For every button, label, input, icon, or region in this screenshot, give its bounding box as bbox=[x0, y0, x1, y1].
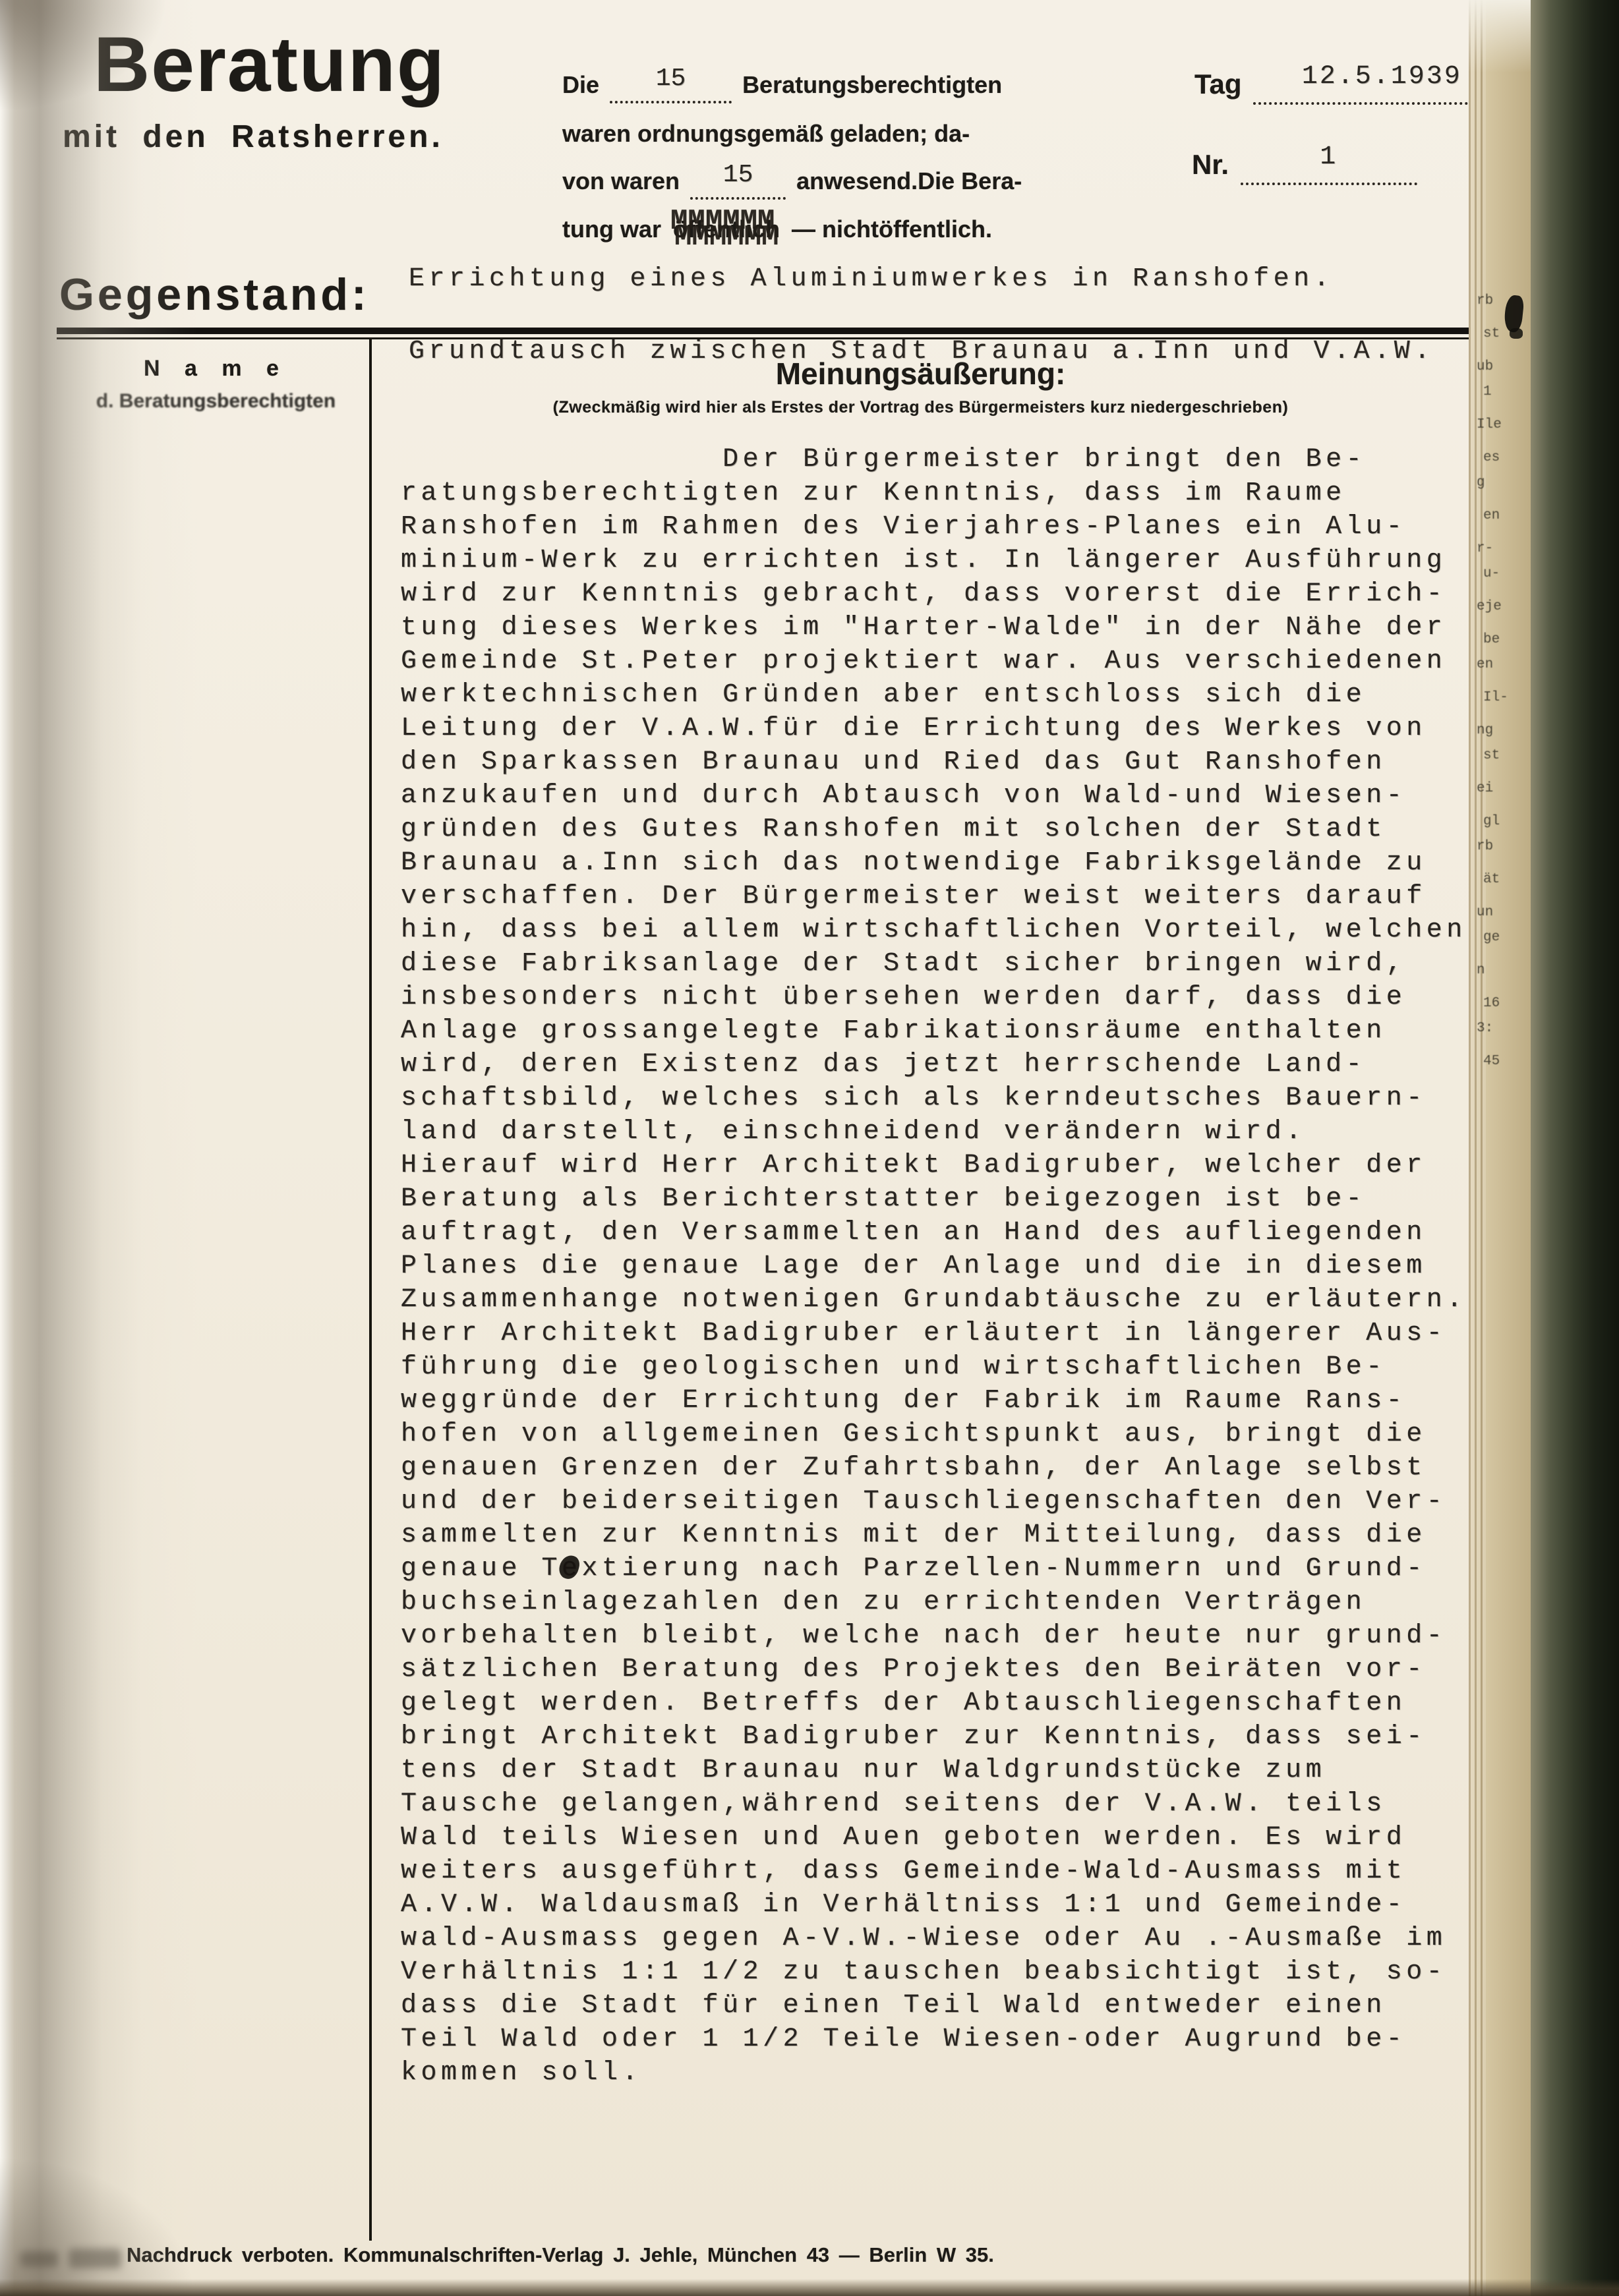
number-value: 1 bbox=[1241, 142, 1417, 172]
binding-shadow-right bbox=[1531, 0, 1619, 2296]
edge-text-fragment: 3: bbox=[1477, 1021, 1493, 1036]
attendance-line1-pre: Die bbox=[562, 71, 599, 98]
edge-text-fragment: 16 bbox=[1483, 996, 1500, 1011]
attendance-line-4: tung war öffentlich MMMMMM MMMMMM — nich… bbox=[562, 215, 992, 243]
attendance-line3-post: anwesend.Die Bera- bbox=[796, 167, 1022, 194]
subject-typed: Errichtung eines Aluminiumwerkes in Rans… bbox=[409, 261, 1434, 370]
edge-text-fragment: 1 bbox=[1483, 384, 1492, 399]
attendance-line-1: Die 15 Beratungsberechtigten bbox=[562, 71, 1002, 103]
edge-text-fragment: en bbox=[1483, 508, 1500, 523]
edge-text-fragment: Ile bbox=[1477, 417, 1502, 432]
header-rule-heavy bbox=[57, 328, 1469, 334]
edge-text-fragment: ub bbox=[1477, 359, 1493, 374]
column-divider bbox=[369, 339, 372, 2241]
present-count-field: 15 bbox=[690, 169, 786, 200]
edge-text-fragment: be bbox=[1483, 632, 1500, 647]
subject-line-1: Errichtung eines Aluminiumwerkes in Rans… bbox=[409, 264, 1334, 294]
edge-text-fragment: es bbox=[1483, 450, 1500, 465]
publisher-imprint: Nachdruck verboten. Kommunalschriften-Ve… bbox=[127, 2243, 994, 2267]
next-page-text-fragments: rbstub1Ileesgenr-u-ejebeenIl-ngsteiglrbä… bbox=[1477, 293, 1523, 1150]
attendance-line-3: von waren 15 anwesend.Die Bera- bbox=[562, 167, 1022, 200]
attendance-line3-pre: von waren bbox=[562, 167, 680, 194]
attendance-line4-post: nichtöffentlich. bbox=[822, 215, 992, 243]
edge-text-fragment: eje bbox=[1477, 599, 1502, 614]
attendance-line1-post: Beratungsberechtigten bbox=[742, 71, 1002, 98]
typewriter-strikeout-bottom: MMMMMM bbox=[674, 221, 779, 254]
edge-text-fragment: gl bbox=[1483, 814, 1500, 829]
date-row: Tag 12.5.1939 bbox=[1194, 69, 1514, 105]
number-row: Nr. 1 bbox=[1192, 149, 1421, 185]
name-column-subheader: d. Beratungsberechtigten bbox=[63, 390, 369, 413]
opinion-column-subheader: (Zweckmäßig wird hier als Erstes der Vor… bbox=[372, 398, 1469, 417]
invited-count-value: 15 bbox=[610, 65, 732, 93]
struck-word-oeffentlich: öffentlich MMMMMM MMMMMM bbox=[673, 215, 780, 243]
name-column-header: N a m e bbox=[63, 356, 369, 382]
footer-smudge bbox=[69, 2249, 121, 2268]
edge-text-fragment: r- bbox=[1477, 541, 1493, 556]
footer-smudge bbox=[20, 2251, 58, 2267]
typewritten-minutes: Der Bürgermeister bringt den Be- ratungs… bbox=[401, 443, 1467, 2090]
form-title: Beratung bbox=[94, 20, 446, 109]
edge-text-fragment: ge bbox=[1483, 930, 1500, 945]
edge-text-fragment: n bbox=[1477, 963, 1485, 978]
attendance-line4-dash: — bbox=[792, 215, 815, 243]
subject-label: Gegenstand: bbox=[59, 269, 370, 320]
edge-text-fragment: rb bbox=[1477, 839, 1493, 854]
number-label: Nr. bbox=[1192, 149, 1229, 180]
edge-text-fragment: st bbox=[1483, 326, 1500, 341]
edge-text-fragment: rb bbox=[1477, 293, 1493, 308]
date-label: Tag bbox=[1194, 69, 1242, 100]
edge-text-fragment: un bbox=[1477, 905, 1493, 920]
attendance-line4-pre: tung war bbox=[562, 215, 661, 243]
number-field: 1 bbox=[1241, 153, 1417, 185]
next-page-letter-fragment bbox=[1510, 328, 1523, 339]
present-count-value: 15 bbox=[690, 161, 786, 189]
header-rule-thin bbox=[57, 337, 1469, 339]
edge-text-fragment: ät bbox=[1483, 872, 1500, 887]
edge-text-fragment: Il- bbox=[1483, 690, 1508, 705]
attendance-line-2: waren ordnungsgemäß geladen; da- bbox=[562, 120, 970, 148]
page-edge-highlight bbox=[1469, 0, 1535, 72]
edge-text-fragment: st bbox=[1483, 748, 1500, 763]
invited-count-field: 15 bbox=[610, 72, 732, 103]
opinion-column-header: Meinungsäußerung: bbox=[372, 356, 1469, 391]
scanned-meeting-protocol-page: Beratung mit den Ratsherren. Die 15 Bera… bbox=[0, 0, 1619, 2296]
edge-text-fragment: 45 bbox=[1483, 1054, 1500, 1069]
edge-text-fragment: u- bbox=[1483, 566, 1500, 581]
edge-text-fragment: ng bbox=[1477, 723, 1493, 738]
form-subtitle: mit den Ratsherren. bbox=[63, 119, 444, 155]
edge-text-fragment: ei bbox=[1477, 781, 1493, 796]
edge-text-fragment: g bbox=[1477, 475, 1485, 490]
edge-text-fragment: en bbox=[1477, 657, 1493, 672]
